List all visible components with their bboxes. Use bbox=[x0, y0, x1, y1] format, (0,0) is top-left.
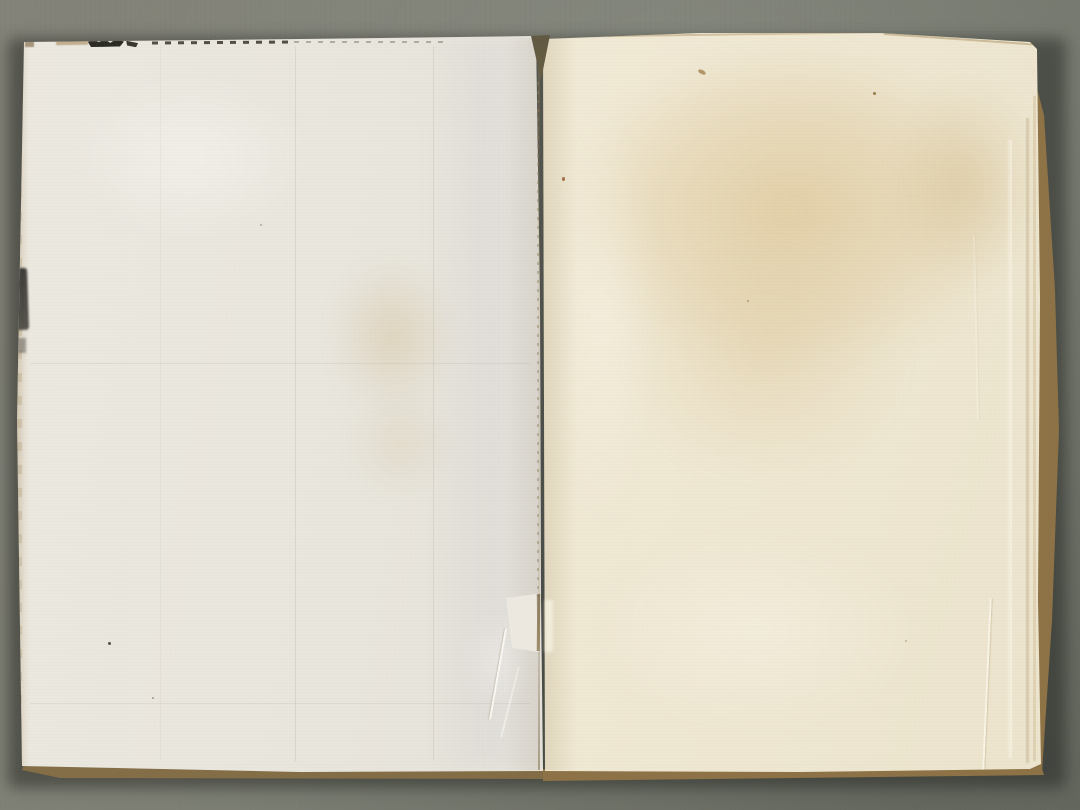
foxing-speck bbox=[905, 640, 907, 642]
photo-stage bbox=[0, 0, 1080, 810]
fore-edge-smudge-small bbox=[18, 338, 26, 353]
dirt-speck bbox=[108, 642, 111, 645]
fold-line-vertical bbox=[160, 46, 161, 761]
page-stack-line bbox=[1026, 118, 1029, 763]
left-page-gutter-shading bbox=[506, 38, 538, 770]
foxing-speck bbox=[873, 92, 876, 95]
fold-line-horizontal bbox=[30, 363, 530, 364]
ink-trace-blot bbox=[126, 41, 138, 48]
foxing-speck bbox=[747, 300, 749, 302]
fold-line-horizontal bbox=[30, 703, 530, 704]
dirt-speck bbox=[152, 697, 154, 699]
ink-trace-dashes-faint bbox=[294, 41, 444, 43]
spine-stitch-line bbox=[537, 82, 539, 597]
dirt-speck bbox=[260, 224, 262, 226]
spine-bottom-tear-scratch bbox=[545, 600, 553, 652]
left-page-light-area bbox=[36, 52, 346, 262]
right-page-light-area-bottom bbox=[560, 505, 950, 755]
ink-trace-dashes bbox=[152, 41, 294, 45]
right-page-gutter-shading bbox=[543, 38, 577, 770]
page-stack-line bbox=[1033, 96, 1036, 761]
spine-bottom-tear-line bbox=[537, 594, 540, 651]
right-page-crease-lower bbox=[982, 598, 992, 770]
page-stack-highlight bbox=[1006, 140, 1012, 758]
fold-line-vertical bbox=[433, 46, 434, 761]
fold-line-vertical bbox=[295, 46, 296, 761]
